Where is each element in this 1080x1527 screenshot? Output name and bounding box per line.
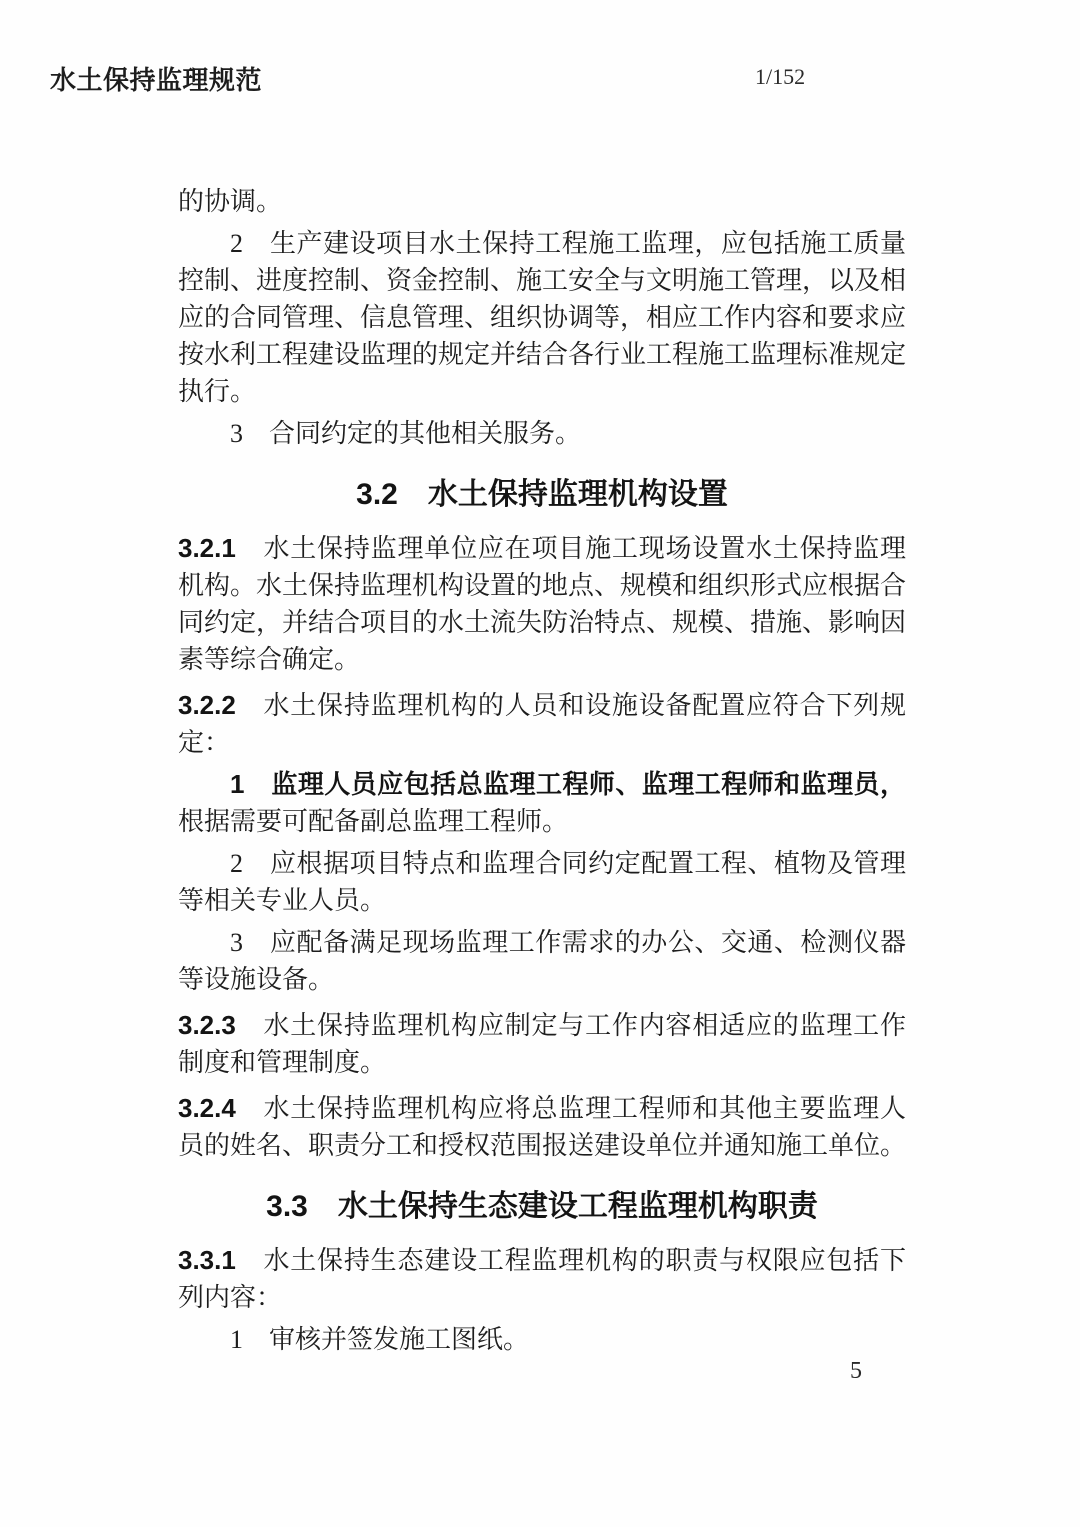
document-page: 水土保持监理规范 1/152 的协调。2 生产建设项目水土保持工程施工监理，应包… <box>0 0 1080 1527</box>
clause-paragraph: 3.2.1 水土保持监理单位应在项目施工现场设置水土保持监理机构。水土保持监理机… <box>178 530 906 678</box>
clause-paragraph: 3.3.1 水土保持生态建设工程监理机构的职责与权限应包括下列内容： <box>178 1242 906 1316</box>
list-item-paragraph: 1 监理人员应包括总监理工程师、监理工程师和监理员，根据需要可配备副总监理工程师… <box>178 766 906 840</box>
text: 3 合同约定的其他相关服务。 <box>230 419 581 448</box>
bold-text: 1 监理人员应包括总监理工程师、监理工程师和监理员， <box>230 769 906 799</box>
bold-text: 3.3 水土保持生态建设工程监理机构职责 <box>266 1190 818 1223</box>
page-header: 水土保持监理规范 1/152 <box>50 60 1030 100</box>
text: 2 应根据项目特点和监理合同约定配置工程、植物及管理等相关专业人员。 <box>178 849 906 915</box>
text: 2 生产建设项目水土保持工程施工监理，应包括施工质量控制、进度控制、资金控制、施… <box>178 229 906 406</box>
text: 水土保持监理机构应将总监理工程师和其他主要监理人员的姓名、职责分工和授权范围报送… <box>178 1094 906 1160</box>
clause-paragraph: 3.2.4 水土保持监理机构应将总监理工程师和其他主要监理人员的姓名、职责分工和… <box>178 1090 906 1164</box>
list-item-paragraph: 2 应根据项目特点和监理合同约定配置工程、植物及管理等相关专业人员。 <box>178 845 906 919</box>
list-item-paragraph: 3 合同约定的其他相关服务。 <box>178 415 906 452</box>
text: 根据需要可配备副总监理工程师。 <box>178 807 568 836</box>
text: 水土保持监理机构的人员和设施设备配置应符合下列规定： <box>178 691 906 757</box>
bold-text: 3.2.4 <box>178 1093 236 1123</box>
text: 1 审核并签发施工图纸。 <box>230 1325 529 1354</box>
bold-text: 3.2.2 <box>178 690 236 720</box>
section-heading: 3.3 水土保持生态建设工程监理机构职责 <box>178 1186 906 1228</box>
list-item-paragraph: 1 审核并签发施工图纸。 <box>178 1321 906 1358</box>
clause-paragraph: 3.2.3 水土保持监理机构应制定与工作内容相适应的监理工作制度和管理制度。 <box>178 1007 906 1081</box>
text: 水土保持监理机构应制定与工作内容相适应的监理工作制度和管理制度。 <box>178 1011 906 1077</box>
document-body: 的协调。2 生产建设项目水土保持工程施工监理，应包括施工质量控制、进度控制、资金… <box>178 183 906 1358</box>
text: 3 应配备满足现场监理工作需求的办公、交通、检测仪器等设施设备。 <box>178 928 906 994</box>
text: 水土保持生态建设工程监理机构的职责与权限应包括下列内容： <box>178 1246 906 1312</box>
clause-paragraph: 3.2.2 水土保持监理机构的人员和设施设备配置应符合下列规定： <box>178 687 906 761</box>
page-footer: 5 <box>0 1358 1080 1398</box>
list-item-paragraph: 2 生产建设项目水土保持工程施工监理，应包括施工质量控制、进度控制、资金控制、施… <box>178 225 906 410</box>
page-number: 5 <box>850 1358 862 1385</box>
bold-text: 3.3.1 <box>178 1245 236 1275</box>
body-paragraph: 的协调。 <box>178 183 906 220</box>
section-heading: 3.2 水土保持监理机构设置 <box>178 474 906 516</box>
text: 水土保持监理单位应在项目施工现场设置水土保持监理机构。水土保持监理机构设置的地点… <box>178 534 906 674</box>
bold-text: 3.2.1 <box>178 533 236 563</box>
page-indicator: 1/152 <box>755 64 805 90</box>
bold-text: 3.2 水土保持监理机构设置 <box>356 478 728 511</box>
document-title: 水土保持监理规范 <box>50 60 262 97</box>
list-item-paragraph: 3 应配备满足现场监理工作需求的办公、交通、检测仪器等设施设备。 <box>178 924 906 998</box>
bold-text: 3.2.3 <box>178 1010 236 1040</box>
text: 的协调。 <box>178 187 282 216</box>
